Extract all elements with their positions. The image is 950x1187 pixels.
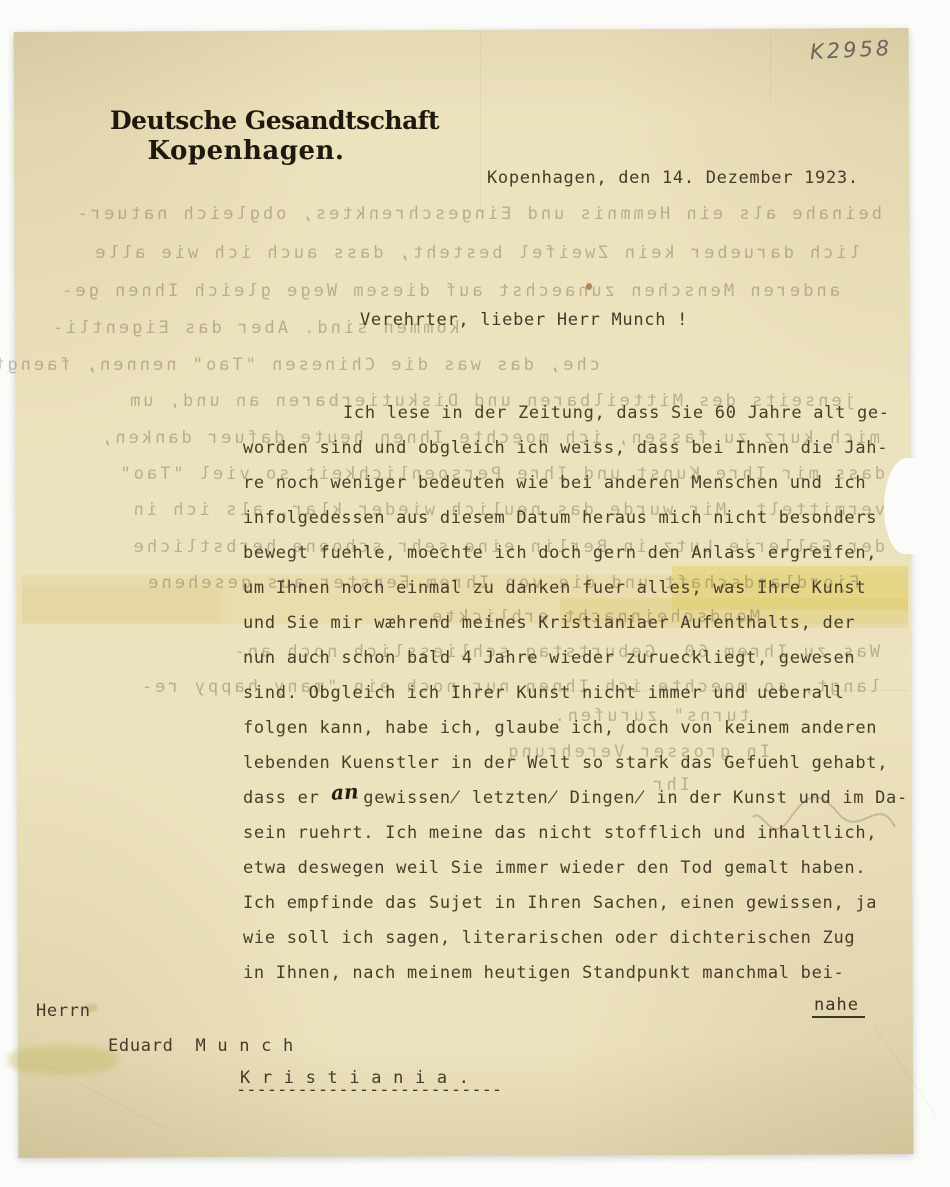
dateline: Kopenhagen, den 14. Dezember 1923. [487,168,859,188]
recipient-name: Eduard M u n c h [108,1036,294,1056]
body-line: folgen kann, habe ich, glaube ich, doch … [243,711,911,746]
letter-body: Ich lese in der Zeitung, dass Sie 60 Jah… [243,396,911,991]
recipient-herrn: Herrn [36,1001,91,1021]
body-line: Ich empfinde das Sujet in Ihren Sachen, … [243,886,911,921]
body-line: bewegt fuehle, moechte ich doch gern den… [243,536,911,571]
handwritten-correction: an [330,779,359,804]
body-line: sind. Obgleich ich Ihrer Kunst nicht imm… [243,676,911,711]
body-line: Ich lese in der Zeitung, dass Sie 60 Jah… [243,396,911,431]
body-line: sein ruehrt. Ich meine das nicht stoffli… [243,816,911,851]
body-line: und Sie mir wæhrend meines Kristianiaer … [243,606,911,641]
catchword: nahe [812,995,865,1018]
body-line: lebenden Kuenstler in der Welt so stark … [243,746,911,781]
letterhead: Deutsche Gesandtschaft Kopenhagen. [110,106,382,166]
archive-number: K2958 [809,36,892,64]
body-line: etwa deswegen weil Sie immer wieder den … [243,851,911,886]
body-line: worden sind und obgleich ich weiss, dass… [243,431,911,466]
document-scan: beinahe als ein Hemmnis und Eingeschrenk… [0,0,950,1187]
body-line: infolgedessen aus diesem Datum heraus mi… [243,501,911,536]
body-line: re noch weniger bedeuten wie bei anderen… [243,466,911,501]
body-line: wie soll ich sagen, literarischen oder d… [243,921,911,956]
letterhead-line2: Kopenhagen. [110,136,382,166]
body-line: nun auch schon bald 4 Jahre wieder zurue… [243,641,911,676]
body-line: um Ihnen noch einmal zu danken fuer alle… [243,571,911,606]
body-line: in Ihnen, nach meinem heutigen Standpunk… [243,956,911,991]
recipient-underline: -------------------------- [236,1080,502,1100]
salutation: Verehrter, lieber Herr Munch ! [360,310,688,330]
letterhead-line1: Deutsche Gesandtschaft [110,106,382,135]
